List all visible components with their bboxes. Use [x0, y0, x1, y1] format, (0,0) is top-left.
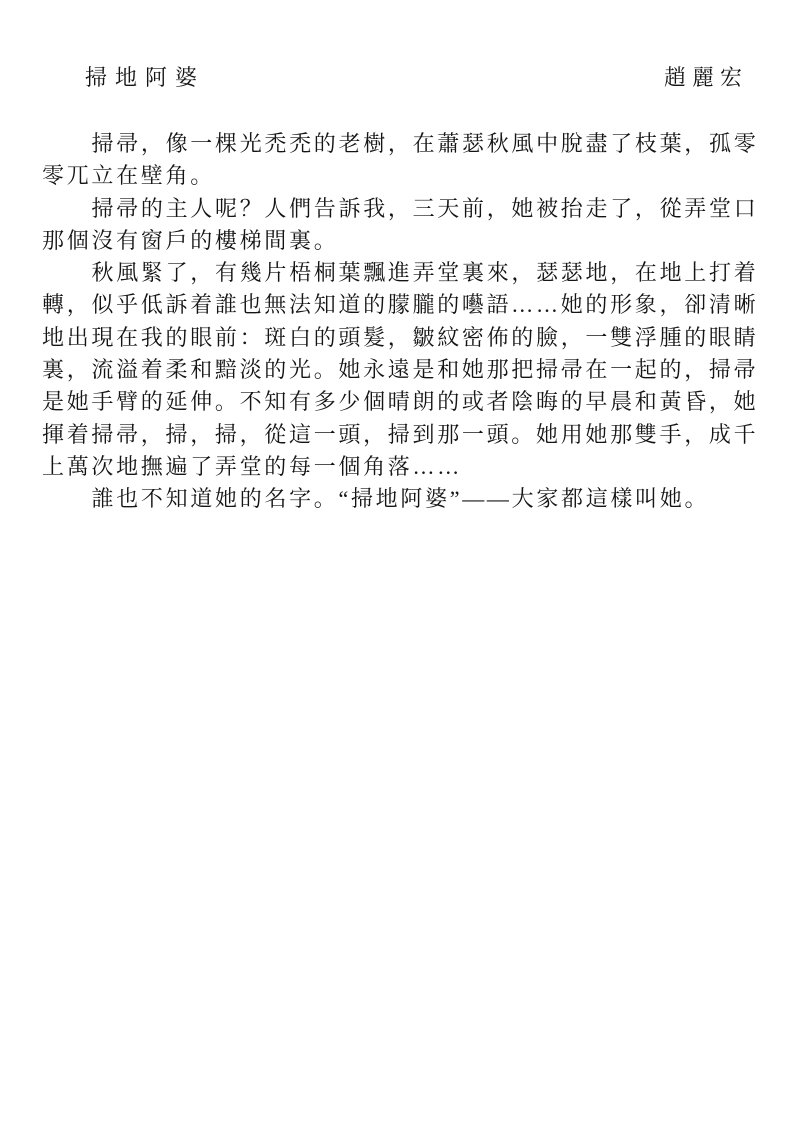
text-line: 上萬次地撫遍了弄堂的每一個角落…… — [42, 451, 762, 483]
paragraph: 秋風緊了，有幾片梧桐葉飄進弄堂裏來，瑟瑟地，在地上打着轉，似乎低訴着誰也無法知道… — [42, 257, 762, 483]
document-page: 掃地阿婆 趙麗宏 掃帚，像一棵光禿禿的老樹，在蕭瑟秋風中脫盡了枝葉，孤零零兀立在… — [0, 0, 800, 1132]
author-name: 趙麗宏 — [664, 66, 748, 90]
text-line: 地出現在我的眼前：斑白的頭髮，皺紋密佈的臉，一雙浮腫的眼睛 — [42, 322, 762, 354]
text-line: 掃帚，像一棵光禿禿的老樹，在蕭瑟秋風中脫盡了枝葉，孤零 — [42, 128, 762, 160]
text-line: 秋風緊了，有幾片梧桐葉飄進弄堂裏來，瑟瑟地，在地上打着 — [42, 257, 762, 289]
text-line: 裏，流溢着柔和黯淡的光。她永遠是和她那把掃帚在一起的，掃帚 — [42, 354, 762, 386]
paragraph: 掃帚的主人呢？人們告訴我，三天前，她被抬走了，從弄堂口那個沒有窗戶的樓梯間裏。 — [42, 193, 762, 258]
paragraph: 誰也不知道她的名字。“掃地阿婆”——大家都這樣叫她。 — [42, 483, 762, 515]
text-line: 轉，似乎低訴着誰也無法知道的朦朧的囈語……她的形象，卻清晰 — [42, 289, 762, 321]
text-line: 誰也不知道她的名字。“掃地阿婆”——大家都這樣叫她。 — [42, 483, 762, 515]
text-line: 那個沒有窗戶的樓梯間裏。 — [42, 225, 762, 257]
text-line: 零兀立在壁角。 — [42, 160, 762, 192]
page-title: 掃地阿婆 — [85, 66, 205, 90]
paragraph: 掃帚，像一棵光禿禿的老樹，在蕭瑟秋風中脫盡了枝葉，孤零零兀立在壁角。 — [42, 128, 762, 193]
text-line: 揮着掃帚，掃，掃，從這一頭，掃到那一頭。她用她那雙手，成千 — [42, 419, 762, 451]
title-row: 掃地阿婆 趙麗宏 — [0, 0, 800, 90]
text-line: 是她手臂的延伸。不知有多少個晴朗的或者陰晦的早晨和黃昏，她 — [42, 386, 762, 418]
text-line: 掃帚的主人呢？人們告訴我，三天前，她被抬走了，從弄堂口 — [42, 193, 762, 225]
document-body: 掃帚，像一棵光禿禿的老樹，在蕭瑟秋風中脫盡了枝葉，孤零零兀立在壁角。掃帚的主人呢… — [0, 128, 800, 516]
